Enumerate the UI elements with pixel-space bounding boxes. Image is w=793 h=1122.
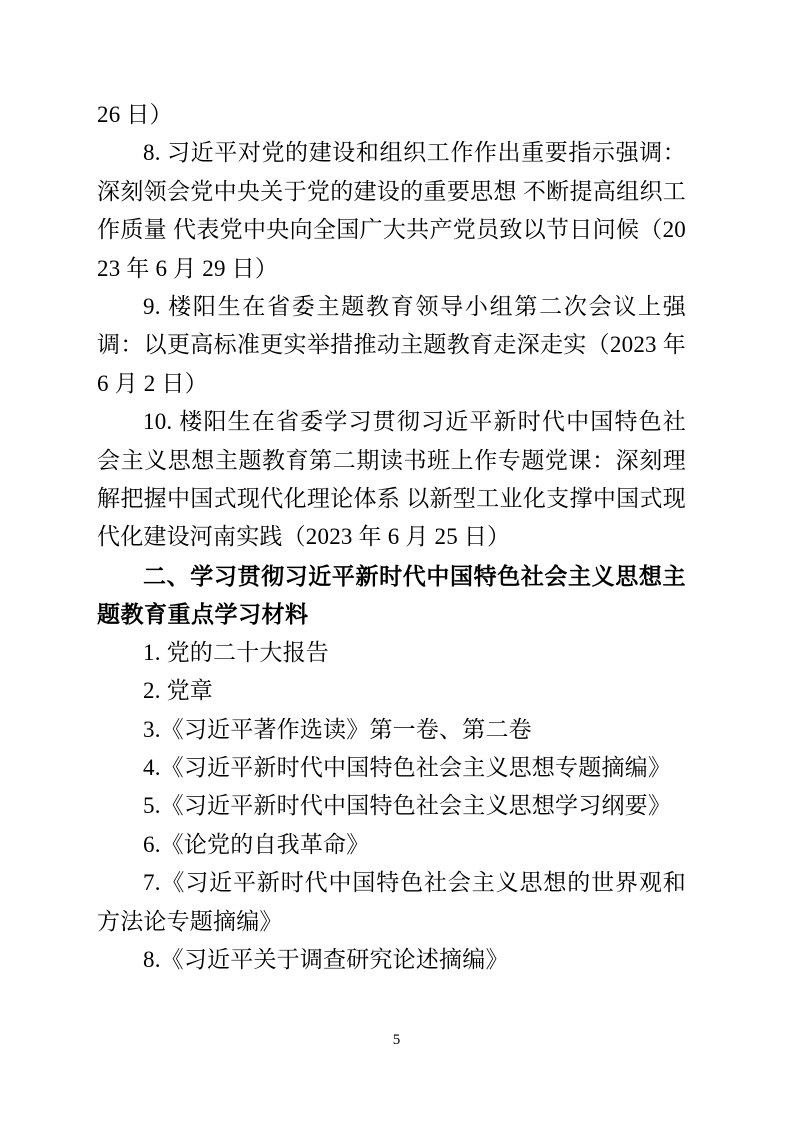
document-page: 26 日）8. 习近平对党的建设和组织工作作出重要指示强调：深刻领会党中央关于党… [0,0,793,1122]
list-item: 4.《习近平新时代中国特色社会主义思想专题摘编》 [97,749,686,787]
paragraph: 9. 楼阳生在省委主题教育领导小组第二次会议上强调：以更高标准更实举措推动主题教… [97,288,686,403]
list-item: 5.《习近平新时代中国特色社会主义思想学习纲要》 [97,787,686,825]
paragraph: 26 日） [97,96,686,134]
list-item: 7.《习近平新时代中国特色社会主义思想的世界观和方法论专题摘编》 [97,864,686,941]
section-heading: 二、学习贯彻习近平新时代中国特色社会主义思想主题教育重点学习材料 [97,557,686,634]
list-item: 3.《习近平著作选读》第一卷、第二卷 [97,711,686,749]
paragraph: 10. 楼阳生在省委学习贯彻习近平新时代中国特色社会主义思想主题教育第二期读书班… [97,403,686,557]
document-body: 26 日）8. 习近平对党的建设和组织工作作出重要指示强调：深刻领会党中央关于党… [97,96,686,979]
paragraph: 8. 习近平对党的建设和组织工作作出重要指示强调：深刻领会党中央关于党的建设的重… [97,134,686,288]
page-number: 5 [393,1032,401,1048]
list-item: 1. 党的二十大报告 [97,634,686,672]
list-item: 6.《论党的自我革命》 [97,826,686,864]
list-item: 8.《习近平关于调查研究论述摘编》 [97,941,686,979]
list-item: 2. 党章 [97,672,686,710]
page-footer: 5 [0,1030,793,1050]
